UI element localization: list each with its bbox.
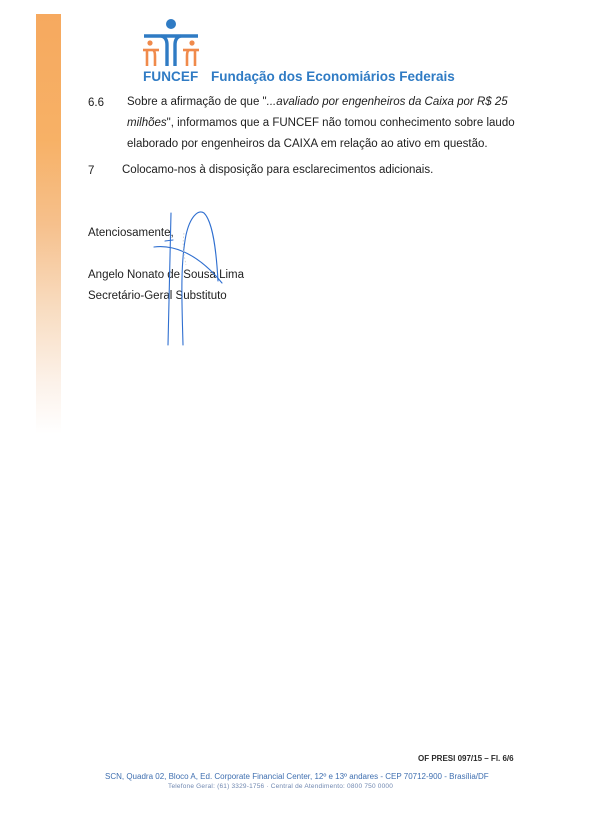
signer-name: Angelo Nonato de Sousa Lima <box>88 269 244 281</box>
text-run: elaborado por engenheiros da CAIXA em re… <box>127 138 488 150</box>
organization-name: Fundação dos Economiários Federais <box>211 69 455 84</box>
document-reference: OF PRESI 097/15 – Fl. 6/6 <box>418 754 514 763</box>
paragraph-line: Sobre a afirmação de que "...avaliado po… <box>127 92 495 113</box>
paragraph-item-7: Colocamo-nos à disposição para esclareci… <box>122 160 490 181</box>
closing-salutation: Atenciosamente, <box>88 227 174 239</box>
decorative-side-strip <box>36 14 61 434</box>
funcef-people-logo-icon <box>141 18 201 68</box>
text-run: ", informamos que a FUNCEF não tomou con… <box>167 117 515 129</box>
paragraph-line: elaborado por engenheiros da CAIXA em re… <box>127 134 495 155</box>
text-run: Colocamo-nos à disposição para esclareci… <box>122 164 433 176</box>
paragraph-item-6-6: Sobre a afirmação de que "...avaliado po… <box>127 92 495 155</box>
item-number: 6.6 <box>88 97 104 109</box>
signer-title: Secretário-Geral Substituto <box>88 290 227 302</box>
item-number: 7 <box>88 165 94 177</box>
footer-phone: Telefone Geral: (61) 3329-1756 · Central… <box>168 783 393 790</box>
footer-address: SCN, Quadra 02, Bloco A, Ed. Corporate F… <box>105 772 489 781</box>
text-run: Sobre a afirmação de que " <box>127 96 267 108</box>
paragraph-line: Colocamo-nos à disposição para esclareci… <box>122 160 490 181</box>
paragraph-line: milhões", informamos que a FUNCEF não to… <box>127 113 495 134</box>
brand-name: FUNCEF <box>143 69 198 84</box>
quoted-text: ...avaliado por engenheiros da Caixa por… <box>267 96 508 108</box>
quoted-text: milhões <box>127 117 167 129</box>
